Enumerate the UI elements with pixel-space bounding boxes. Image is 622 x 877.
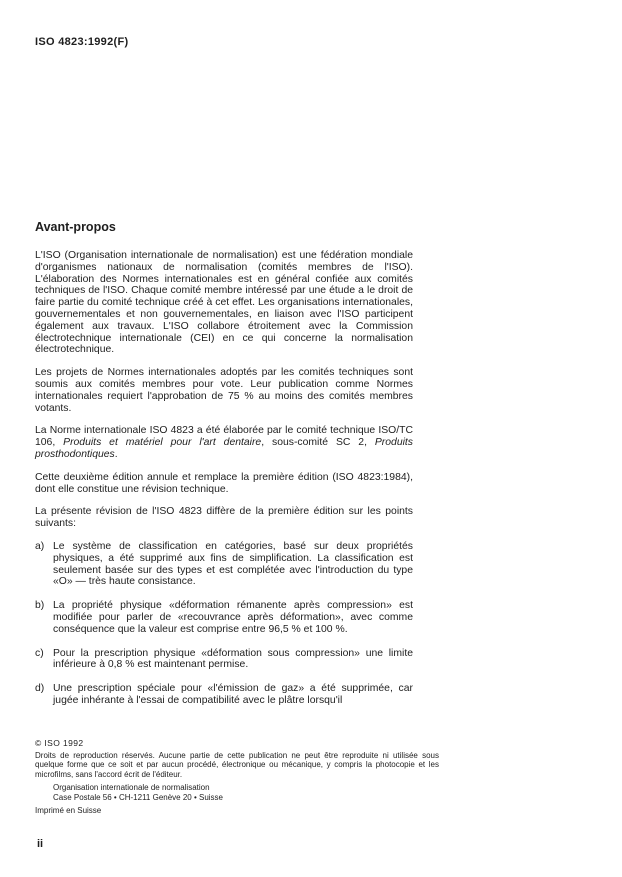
- revision-points-list: a) Le système de classification en catég…: [35, 541, 413, 707]
- foreword-title: Avant-propos: [35, 220, 413, 234]
- publisher-name: Organisation internationale de normalisa…: [53, 783, 439, 793]
- copyright-block: © ISO 1992 Droits de reproduction réserv…: [35, 739, 439, 803]
- paragraph-3-text: .: [115, 449, 118, 460]
- list-item-text: La propriété physique «déformation réman…: [53, 600, 413, 635]
- copyright-line: © ISO 1992: [35, 739, 439, 749]
- list-item-label: d): [35, 683, 53, 707]
- printed-in-note: Imprimé en Suisse: [35, 806, 101, 815]
- foreword-paragraph-1: L'ISO (Organisation internationale de no…: [35, 250, 413, 356]
- foreword-paragraph-2: Les projets de Normes internationales ad…: [35, 367, 413, 414]
- list-item-label: a): [35, 541, 53, 588]
- list-item: d) Une prescription spéciale pour «l'émi…: [35, 683, 413, 707]
- foreword-paragraph-5: La présente révision de l'ISO 4823 diffè…: [35, 506, 413, 530]
- foreword-section: Avant-propos L'ISO (Organisation interna…: [35, 220, 413, 719]
- reproduction-rights-text: Droits de reproduction réservés. Aucune …: [35, 751, 439, 780]
- publisher-address: Case Postale 56 • CH-1211 Genève 20 • Su…: [53, 793, 439, 803]
- publisher-address-block: Organisation internationale de normalisa…: [53, 783, 439, 802]
- list-item: a) Le système de classification en catég…: [35, 541, 413, 588]
- foreword-paragraph-3: La Norme internationale ISO 4823 a été é…: [35, 425, 413, 460]
- document-page: ISO 4823:1992(F) Avant-propos L'ISO (Org…: [0, 0, 622, 877]
- document-reference: ISO 4823:1992(F): [35, 36, 128, 48]
- page-number: ii: [37, 838, 43, 850]
- list-item-label: c): [35, 648, 53, 672]
- list-item: c) Pour la prescription physique «déform…: [35, 648, 413, 672]
- list-item-text: Pour la prescription physique «déformati…: [53, 648, 413, 672]
- list-item: b) La propriété physique «déformation ré…: [35, 600, 413, 635]
- foreword-paragraph-4: Cette deuxième édition annule et remplac…: [35, 472, 413, 496]
- list-item-text: Une prescription spéciale pour «l'émissi…: [53, 683, 413, 707]
- committee-title-italic: Produits et matériel pour l'art dentaire: [63, 437, 261, 448]
- paragraph-3-text: , sous-comité SC 2,: [261, 437, 375, 448]
- list-item-label: b): [35, 600, 53, 635]
- list-item-text: Le système de classification en catégori…: [53, 541, 413, 588]
